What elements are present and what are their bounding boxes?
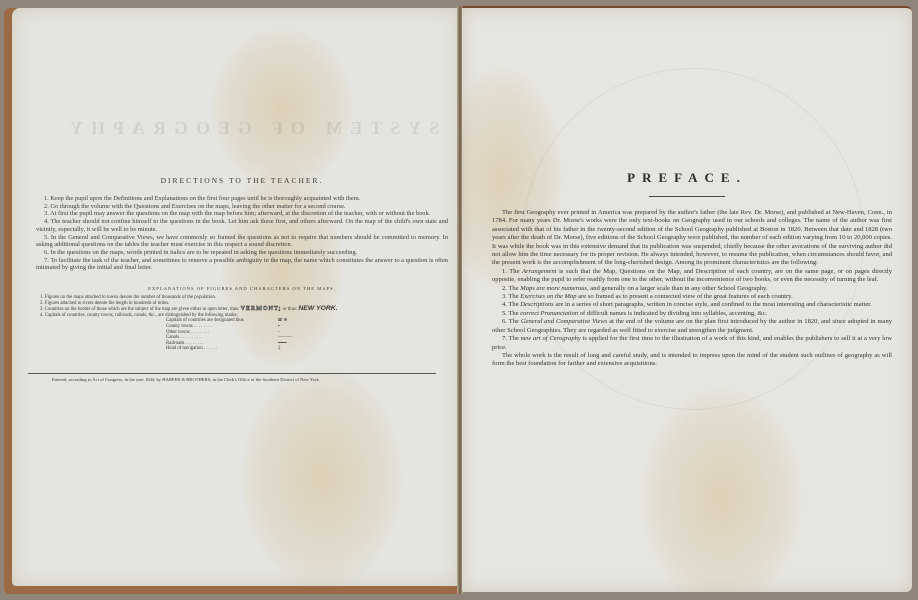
point-emphasis: General and Comparative Views — [521, 318, 607, 325]
preface-point: 2. The Maps are more numerous, and gener… — [492, 285, 892, 293]
point-emphasis: new art of Cerography — [521, 335, 581, 342]
point-text: are in a series of short paragraphs, wri… — [555, 301, 871, 308]
book-spread: SYSTEM OF GEOGRAPHY DIRECTIONS TO THE TE… — [0, 0, 918, 600]
point-number: 6. The — [502, 318, 519, 325]
point-number: 5. The — [502, 310, 519, 317]
direction-item: 1. Keep the pupil upon the Definitions a… — [36, 195, 448, 203]
title-rule — [649, 196, 725, 197]
left-page: SYSTEM OF GEOGRAPHY DIRECTIONS TO THE TE… — [12, 8, 459, 586]
preface-intro: The first Geography ever printed in Amer… — [492, 209, 892, 268]
or-thus: or thus: — [283, 307, 298, 312]
point-number: 3. The — [502, 293, 519, 300]
point-emphasis: Exercises on the Map — [520, 293, 576, 300]
preface-point: 7. The new art of Cerography is applied … — [492, 335, 892, 352]
direction-item: 6. In the questions on the maps, words p… — [36, 249, 448, 257]
preface-point: 6. The General and Comparative Views at … — [492, 318, 892, 335]
copyright-notice: Entered, according to Act of Congress, i… — [52, 377, 412, 382]
map-marks-legend: Capitals of countries are designated thu… — [166, 318, 336, 352]
explanations-title: EXPLANATIONS OF FIGURES AND CHARACTERS O… — [36, 286, 448, 291]
point-emphasis: correct Pronunciation — [520, 310, 578, 317]
mark-row: Head of navigation . . . . . .‡ — [166, 346, 336, 352]
direction-item: 7. To facilitate the task of the teacher… — [36, 257, 448, 272]
water-stain — [642, 388, 802, 592]
point-text: are so framed as to present a connected … — [578, 293, 792, 300]
preface-point: 3. The Exercises on the Map are so frame… — [492, 293, 892, 301]
point-emphasis: Maps are more numerous, — [520, 285, 588, 292]
bleed-through-heading: SYSTEM OF GEOGRAPHY — [62, 118, 439, 139]
direction-item: 4. The teacher should not confine himsel… — [36, 218, 448, 233]
water-stain — [242, 368, 402, 586]
head-of-navigation-icon: ‡ — [278, 346, 318, 352]
point-number: 2. The — [502, 285, 519, 292]
point-number: 4. The — [502, 301, 519, 308]
preface-title: PREFACE. — [462, 170, 912, 186]
preface-closing: The whole work is the result of long and… — [492, 352, 892, 369]
point-text: of difficult names is indicated by divid… — [580, 310, 767, 317]
direction-item: 5. In the General and Comparative Views,… — [36, 234, 448, 249]
open-letter-example: VERMONT; — [241, 306, 282, 312]
preface-point: 5. The correct Pronunciation of difficul… — [492, 310, 892, 318]
explanation-item: 3. Countries on the border of those whic… — [36, 306, 448, 313]
right-page: PREFACE. The first Geography ever printe… — [462, 6, 912, 592]
point-number: 1. The — [502, 268, 519, 275]
point-emphasis: Arrangement — [522, 268, 557, 275]
water-stain — [212, 28, 352, 188]
point-emphasis: Descriptions — [520, 301, 553, 308]
directions-title: DIRECTIONS TO THE TEACHER. — [36, 176, 448, 185]
preface-point: 1. The Arrangement is such that the Map,… — [492, 268, 892, 285]
preface-point: 4. The Descriptions are in a series of s… — [492, 301, 892, 309]
explanation-text: 3. Countries on the border of those whic… — [40, 307, 239, 312]
bold-letter-example: NEW YORK. — [298, 305, 337, 312]
directions-section: DIRECTIONS TO THE TEACHER. 1. Keep the p… — [36, 176, 448, 352]
direction-item: 2. Go through the volume with the Questi… — [36, 203, 448, 211]
point-text: and generally on a larger scale than in … — [590, 285, 767, 292]
mark-label: Head of navigation . . . . . . — [166, 346, 278, 352]
point-number: 7. The — [502, 335, 519, 342]
divider-rule — [28, 373, 436, 374]
direction-item: 3. At first the pupil may answer the que… — [36, 210, 448, 218]
preface-body: The first Geography ever printed in Amer… — [492, 209, 892, 369]
